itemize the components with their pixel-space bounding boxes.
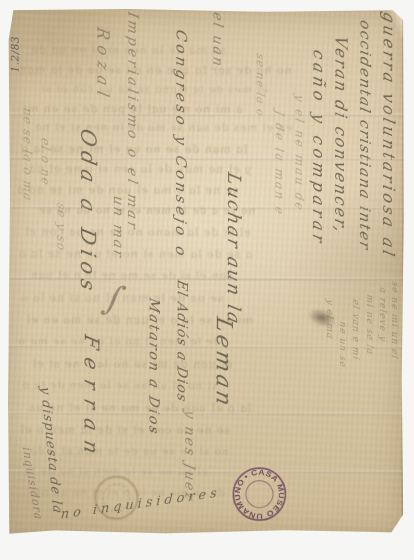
handwriting-line: se y so: [54, 202, 68, 253]
museum-stamp: • CASA MUSEO UNAMUNO: [224, 459, 294, 529]
archive-reference: 1.2/83: [10, 36, 22, 73]
museum-stamp-text: • CASA MUSEO UNAMUNO: [224, 459, 294, 529]
svg-text:• CASA MUSEO UNAMUNO: • CASA MUSEO UNAMUNO: [224, 459, 294, 529]
embossed-stamp: [88, 470, 144, 526]
handwriting-line: guerra voluntariosa al: [379, 10, 399, 260]
handwriting-line: Rozal: [93, 26, 112, 105]
embossed-stamp-outer-ring: [95, 477, 137, 519]
handwriting-line: a releve y: [377, 286, 387, 343]
handwriting-line: caño y comparar: [309, 48, 329, 248]
handwriting-line: un mar: [110, 194, 126, 260]
handwriting-line: El Adiós a Dios: [174, 279, 190, 404]
handwriting-line: ne se la o ma: [20, 107, 34, 203]
scanned-letter: se ma de la nen si el on ua deno ha de s…: [0, 0, 414, 560]
handwriting-line: Imperialismo o el mar: [124, 10, 141, 233]
handwriting-line: Congreso y Consejo o: [172, 28, 191, 261]
handwriting-line: y nes Juez: [181, 409, 197, 504]
handwriting-line: Leman: [211, 315, 236, 411]
handwriting-line: ∫: [98, 279, 130, 320]
handwriting-line: el o ne: [38, 137, 52, 188]
handwriting-line: occidental cristiana inter: [356, 19, 375, 253]
handwriting-line: inquisidora: [19, 447, 45, 520]
handwriting-line: J de la man e: [272, 109, 286, 217]
handwriting-layer: guerra voluntariosa aloccidental cristia…: [7, 8, 404, 535]
handwriting-line: el uan: [210, 11, 226, 70]
handwriting-line: Mataron a Dios: [146, 296, 162, 437]
handwriting-line: Ferran: [80, 333, 104, 467]
handwriting-line: Oda a Dios: [76, 127, 100, 298]
letter-paper: se ma de la nen si el on ua deno ha de s…: [7, 8, 404, 535]
handwriting-line: se ne la o: [253, 52, 266, 118]
embossed-stamp-inner-ring: [103, 484, 130, 511]
handwriting-line: el van e mi: [350, 298, 360, 361]
handwriting-line: Luchar aun la: [223, 171, 244, 328]
paper-cut-edge: [401, 13, 405, 530]
handwriting-line: y el ne mau de: [292, 93, 306, 213]
